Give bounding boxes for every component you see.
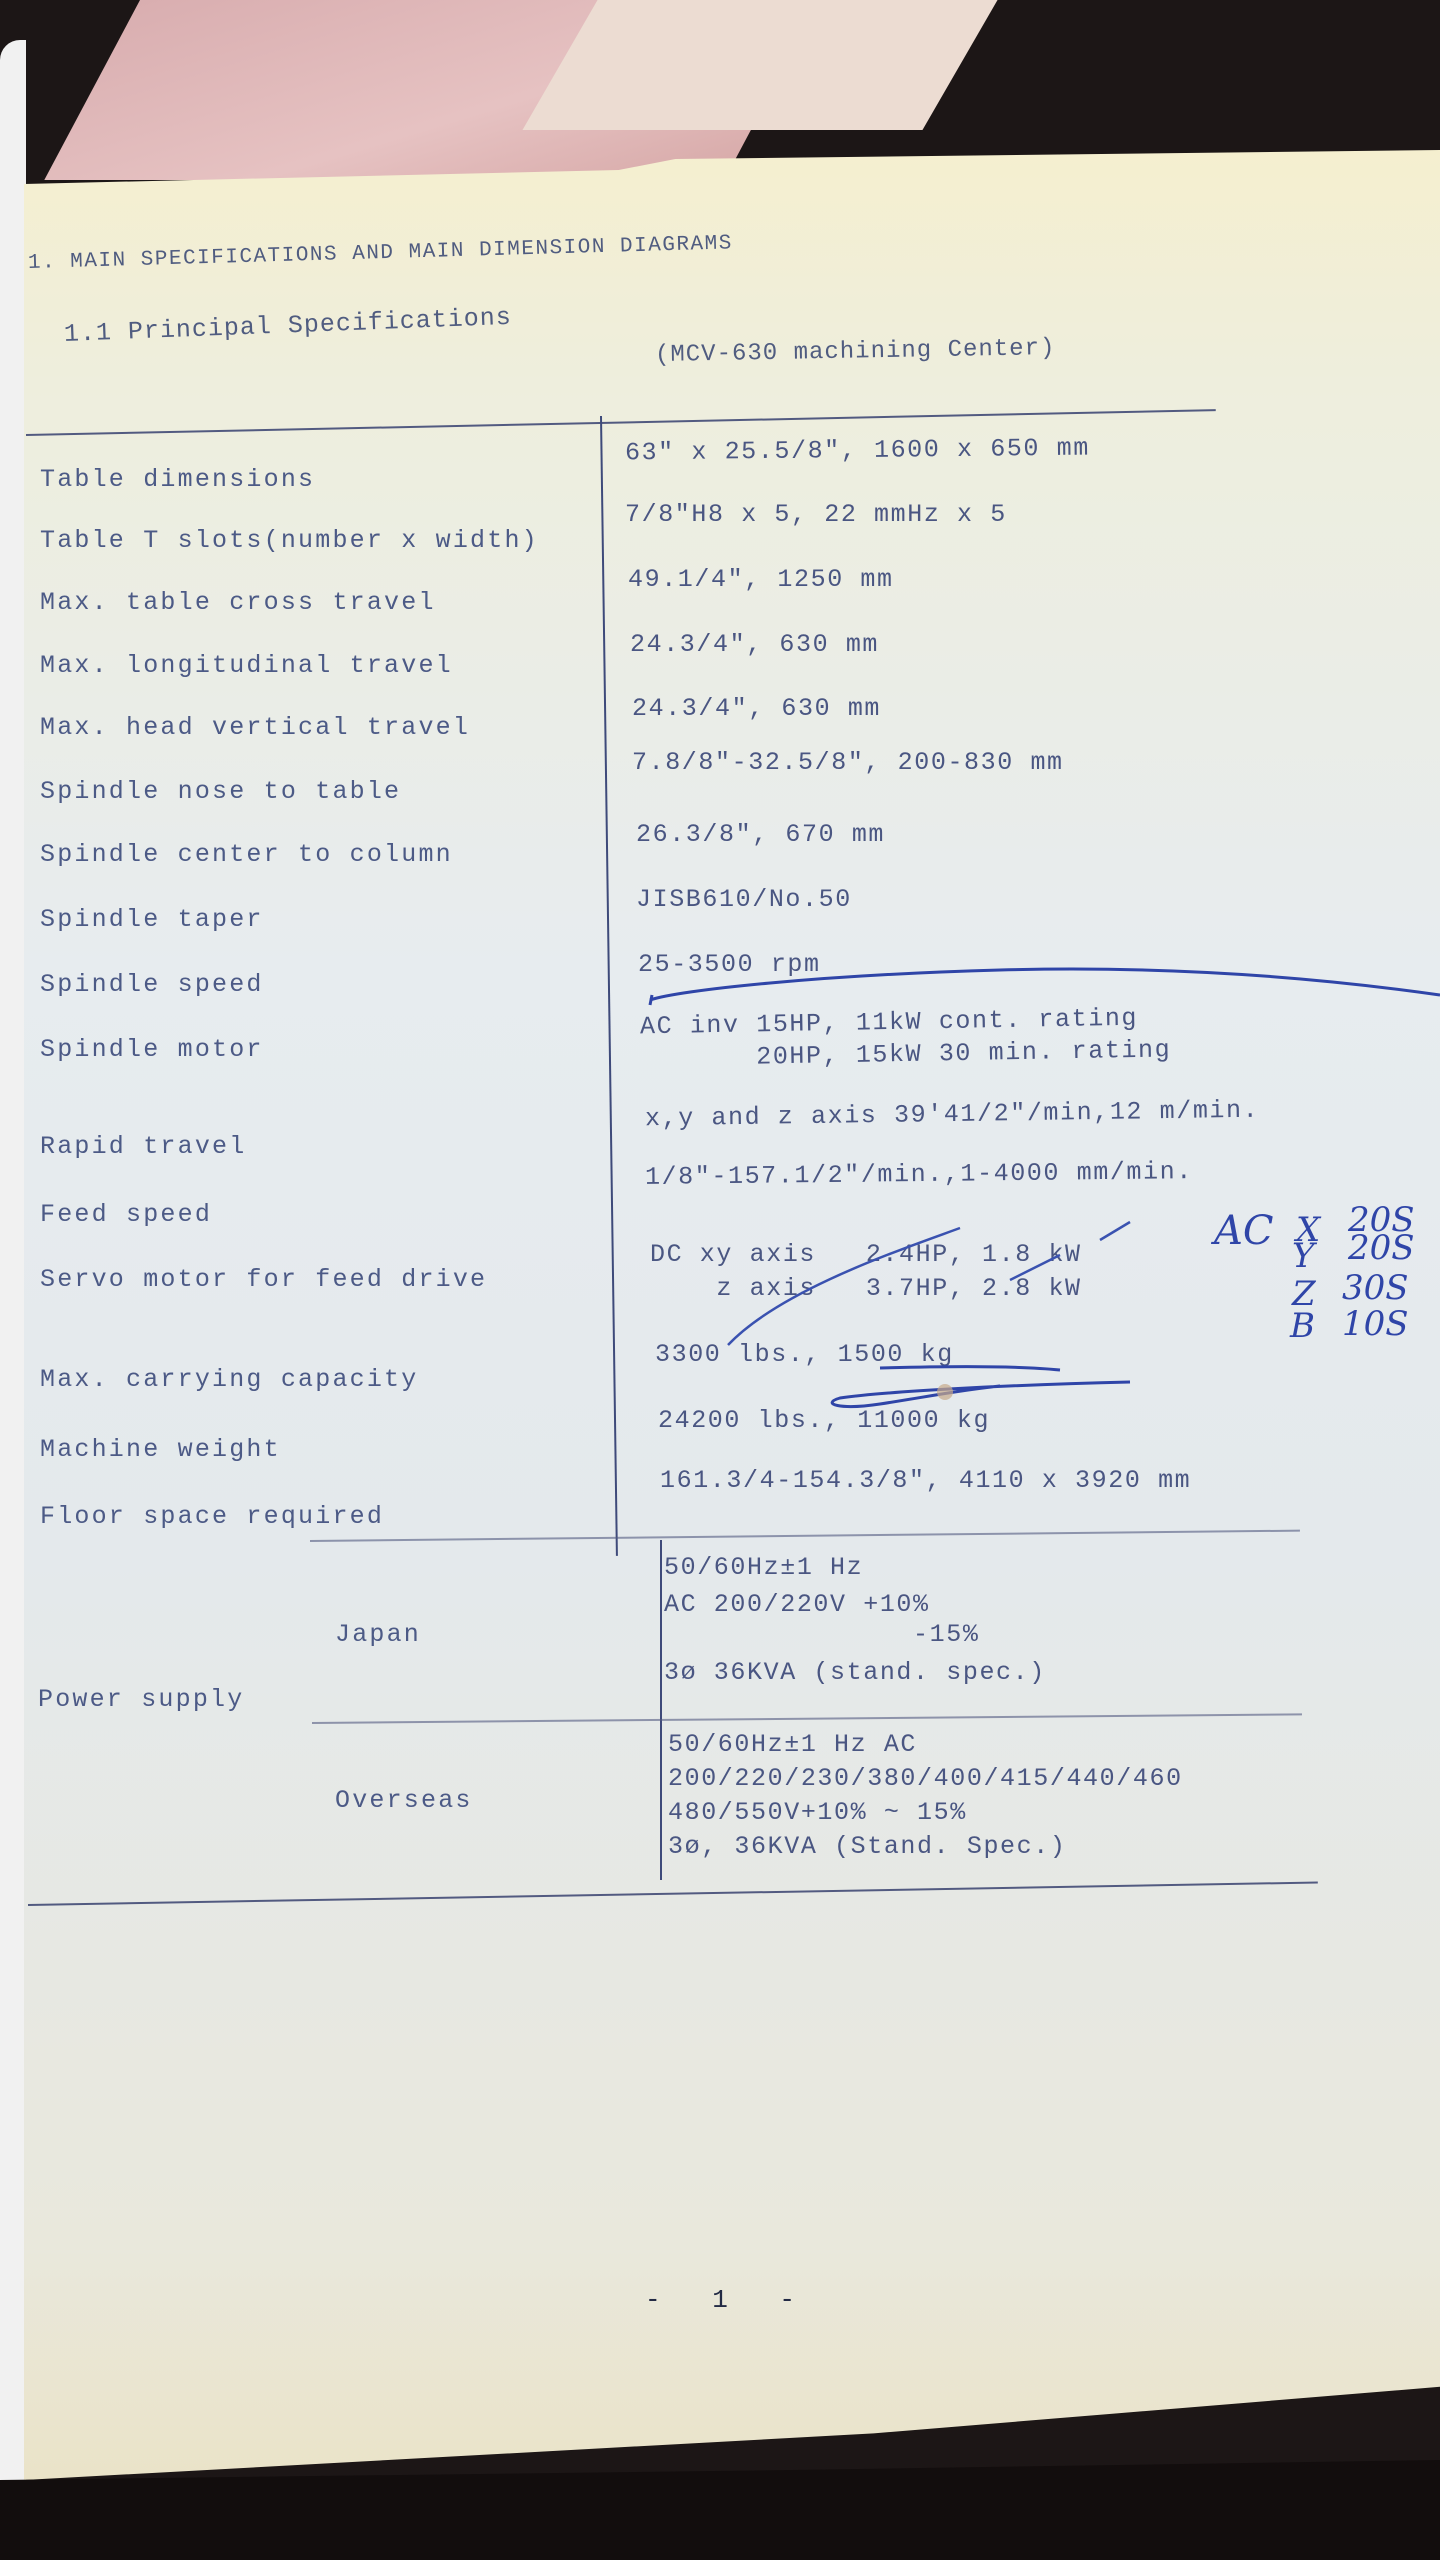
spec-value: x,y and z axis 39'41/2"/min,12 m/min. bbox=[645, 1096, 1260, 1134]
spec-label: Spindle motor bbox=[40, 1035, 264, 1064]
spec-value: 26.3/8", 670 mm bbox=[636, 820, 885, 849]
spec-value: 3300 lbs., 1500 kg bbox=[655, 1340, 954, 1369]
spec-value: DC xy axis 2.4HP, 1.8 kW bbox=[650, 1240, 1082, 1269]
spec-value: 7.8/8"-32.5/8", 200-830 mm bbox=[632, 748, 1064, 777]
spec-label: Max. longitudinal travel bbox=[40, 651, 453, 680]
power-overseas-line: 3ø, 36KVA (Stand. Spec.) bbox=[668, 1832, 1066, 1861]
spec-label: Rapid travel bbox=[40, 1132, 246, 1161]
spec-value: 24200 lbs., 11000 kg bbox=[658, 1406, 990, 1435]
spec-label: Floor space required bbox=[40, 1502, 384, 1531]
power-japan-line: 3ø 36KVA (stand. spec.) bbox=[664, 1658, 1046, 1687]
power-overseas-line: 480/550V+10% ~ 15% bbox=[668, 1798, 967, 1827]
spec-label: Spindle speed bbox=[40, 970, 264, 999]
section-heading: 1. MAIN SPECIFICATIONS AND MAIN DIMENSIO… bbox=[28, 232, 733, 275]
handwritten-axis-b: B bbox=[1290, 1306, 1315, 1346]
spec-label: Feed speed bbox=[40, 1200, 212, 1229]
spec-value: AC inv 15HP, 11kW cont. rating bbox=[640, 1004, 1139, 1042]
spec-value: JISB610/No.50 bbox=[636, 885, 852, 914]
power-overseas-line: 50/60Hz±1 Hz AC bbox=[668, 1730, 917, 1759]
column-divider bbox=[600, 416, 618, 1556]
table-bottom-rule bbox=[28, 1881, 1318, 1906]
spec-value: 25-3500 rpm bbox=[638, 950, 821, 979]
spec-value: 49.1/4", 1250 mm bbox=[628, 565, 894, 594]
spec-value: 20HP, 15kW 30 min. rating bbox=[640, 1035, 1172, 1073]
power-japan-line: 50/60Hz±1 Hz bbox=[664, 1553, 863, 1582]
handwritten-axis-z-value: 30S bbox=[1342, 1268, 1409, 1308]
handwritten-axis-b-value: 10S bbox=[1342, 1304, 1409, 1344]
spec-label: Spindle taper bbox=[40, 905, 264, 934]
power-overseas-line: 200/220/230/380/400/415/440/460 bbox=[668, 1764, 1183, 1793]
spec-label: Max. head vertical travel bbox=[40, 713, 470, 742]
spec-value: 7/8"H8 x 5, 22 mmHz x 5 bbox=[625, 500, 1007, 529]
spec-sheet: 1. MAIN SPECIFICATIONS AND MAIN DIMENSIO… bbox=[0, 0, 1440, 2560]
power-overseas-rule bbox=[312, 1713, 1302, 1724]
table-top-rule bbox=[26, 409, 1216, 436]
handwritten-axis-y: Y bbox=[1292, 1236, 1314, 1276]
spec-label: Machine weight bbox=[40, 1435, 281, 1464]
spec-label: Spindle center to column bbox=[40, 840, 453, 869]
power-japan-label: Japan bbox=[335, 1620, 421, 1649]
spec-value: 1/8"-157.1/2"/min.,1-4000 mm/min. bbox=[645, 1157, 1193, 1192]
spec-value: z axis 3.7HP, 2.8 kW bbox=[650, 1274, 1082, 1303]
spec-value: 63" x 25.5/8", 1600 x 650 mm bbox=[625, 434, 1090, 468]
spec-label: Max. table cross travel bbox=[40, 588, 436, 617]
power-overseas-label: Overseas bbox=[335, 1786, 473, 1815]
spec-label: Table dimensions bbox=[40, 465, 315, 494]
spec-label: Table T slots(number x width) bbox=[40, 526, 539, 555]
spec-label: Servo motor for feed drive bbox=[40, 1265, 487, 1294]
handwritten-axis-y-value: 20S bbox=[1348, 1228, 1415, 1268]
spec-value: 24.3/4", 630 mm bbox=[630, 630, 879, 659]
power-japan-line: AC 200/220V +10% bbox=[664, 1590, 930, 1619]
handwritten-ac-note: AC bbox=[1214, 1208, 1274, 1254]
power-supply-label: Power supply bbox=[38, 1685, 244, 1714]
power-japan-line: -15% bbox=[664, 1620, 979, 1649]
power-japan-rule bbox=[310, 1530, 1300, 1542]
spec-value: 161.3/4-154.3/8", 4110 x 3920 mm bbox=[660, 1466, 1191, 1495]
spec-value: 24.3/4", 630 mm bbox=[632, 694, 881, 723]
subsection-heading: 1.1 Principal Specifications bbox=[63, 303, 512, 349]
document-subtitle: (MCV-630 machining Center) bbox=[655, 335, 1056, 369]
column-divider-lower bbox=[660, 1540, 662, 1880]
spec-label: Max. carrying capacity bbox=[40, 1365, 418, 1394]
page-number: - 1 - bbox=[645, 2285, 813, 2315]
spec-label: Spindle nose to table bbox=[40, 777, 401, 806]
